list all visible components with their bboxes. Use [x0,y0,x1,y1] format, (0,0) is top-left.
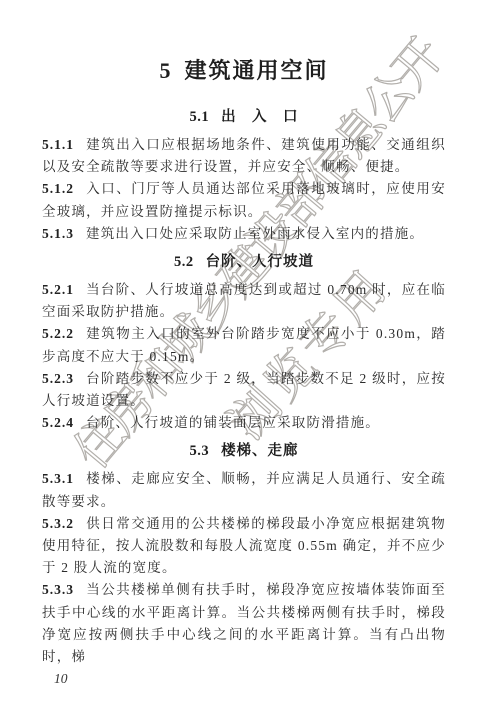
section-title: 楼梯、走廊 [221,443,299,459]
clause-number: 5.2.3 [42,371,74,386]
section-number: 5.2 [174,254,194,270]
clause-number: 5.1.1 [42,137,74,152]
clause-number: 5.1.3 [42,226,74,241]
clause-text: 建筑出入口应根据场地条件、建筑使用功能、交通组织以及安全疏散等要求进行设置，并应… [42,137,446,174]
clause-text: 建筑出入口处应采取防止室外雨水侵入室内的措施。 [86,226,424,241]
clause-5-1-2: 5.1.2入口、门厅等人员通达部位采用落地玻璃时，应使用安全玻璃，并应设置防撞提… [42,178,446,222]
section-number: 5.3 [189,443,209,459]
clause-text: 供日常交通用的公共楼梯的梯段最小净宽应根据建筑物使用特征，按人流股数和每股人流宽… [42,516,446,575]
clause-number: 5.3.3 [42,582,74,597]
section-title: 出 入 口 [221,109,299,125]
clause-number: 5.3.1 [42,471,74,486]
clause-text: 当公共楼梯单侧有扶手时，梯段净宽应按墙体装饰面至扶手中心线的水平距离计算。当公共… [42,582,446,664]
page-content: 5建筑通用空间 5.1出 入 口 5.1.1建筑出入口应根据场地条件、建筑使用功… [0,0,488,688]
page-number: 10 [54,670,446,688]
clause-number: 5.2.1 [42,282,74,297]
clause-text: 当台阶、人行坡道总高度达到或超过 0.70m 时，应在临空面采取防护措施。 [42,282,446,319]
chapter-title: 建筑通用空间 [184,58,328,83]
clause-number: 5.2.4 [42,415,74,430]
clause-text: 台阶踏步数不应少于 2 级，当踏步数不足 2 级时，应按人行坡道设置。 [42,371,446,408]
clause-5-2-3: 5.2.3台阶踏步数不应少于 2 级，当踏步数不足 2 级时，应按人行坡道设置。 [42,368,446,412]
clause-5-2-4: 5.2.4台阶、人行坡道的铺装面层应采取防滑措施。 [42,412,446,434]
clause-text: 台阶、人行坡道的铺装面层应采取防滑措施。 [86,415,380,430]
clause-5-2-1: 5.2.1当台阶、人行坡道总高度达到或超过 0.70m 时，应在临空面采取防护措… [42,279,446,323]
clause-5-3-3: 5.3.3当公共楼梯单侧有扶手时，梯段净宽应按墙体装饰面至扶手中心线的水平距离计… [42,579,446,668]
clause-number: 5.2.2 [42,326,74,341]
section-heading-5-3: 5.3楼梯、走廊 [42,440,446,462]
clause-5-2-2: 5.2.2建筑物主入口的室外台阶踏步宽度不应小于 0.30m，踏步高度不应大于 … [42,323,446,367]
document-page: 住房和城乡建设部信息公开 浏览专用 5建筑通用空间 5.1出 入 口 5.1.1… [0,0,488,701]
section-heading-5-2: 5.2台阶、人行坡道 [42,251,446,273]
clause-5-3-2: 5.3.2供日常交通用的公共楼梯的梯段最小净宽应根据建筑物使用特征，按人流股数和… [42,513,446,580]
section-title: 台阶、人行坡道 [206,254,315,270]
clause-5-1-3: 5.1.3建筑出入口处应采取防止室外雨水侵入室内的措施。 [42,223,446,245]
clause-number: 5.1.2 [42,181,74,196]
clause-5-1-1: 5.1.1建筑出入口应根据场地条件、建筑使用功能、交通组织以及安全疏散等要求进行… [42,134,446,178]
clause-text: 入口、门厅等人员通达部位采用落地玻璃时，应使用安全玻璃，并应设置防撞提示标识。 [42,181,446,218]
chapter-number: 5 [159,58,170,83]
section-number: 5.1 [189,109,209,125]
clause-text: 建筑物主入口的室外台阶踏步宽度不应小于 0.30m，踏步高度不应大于 0.15m… [42,326,446,363]
clause-number: 5.3.2 [42,516,74,531]
clause-text: 楼梯、走廊应安全、顺畅，并应满足人员通行、安全疏散等要求。 [42,471,446,508]
section-heading-5-1: 5.1出 入 口 [42,106,446,128]
clause-5-3-1: 5.3.1楼梯、走廊应安全、顺畅，并应满足人员通行、安全疏散等要求。 [42,468,446,512]
chapter-heading: 5建筑通用空间 [42,55,446,87]
